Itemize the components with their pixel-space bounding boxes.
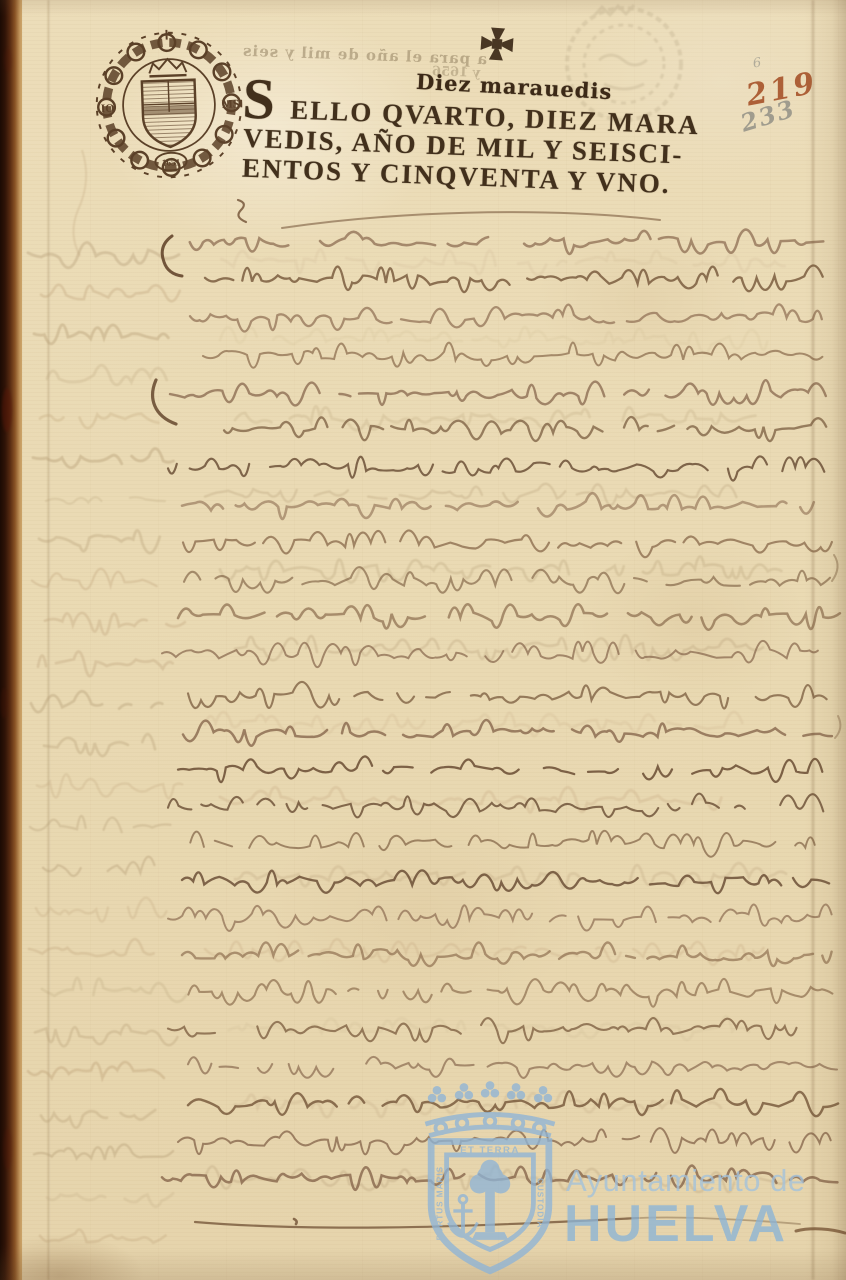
manuscript-scan: a para el año de mil y seis y 1656 bbox=[0, 0, 846, 1280]
handwriting-layer bbox=[0, 0, 846, 1280]
page-edge-crease bbox=[812, 0, 814, 1280]
